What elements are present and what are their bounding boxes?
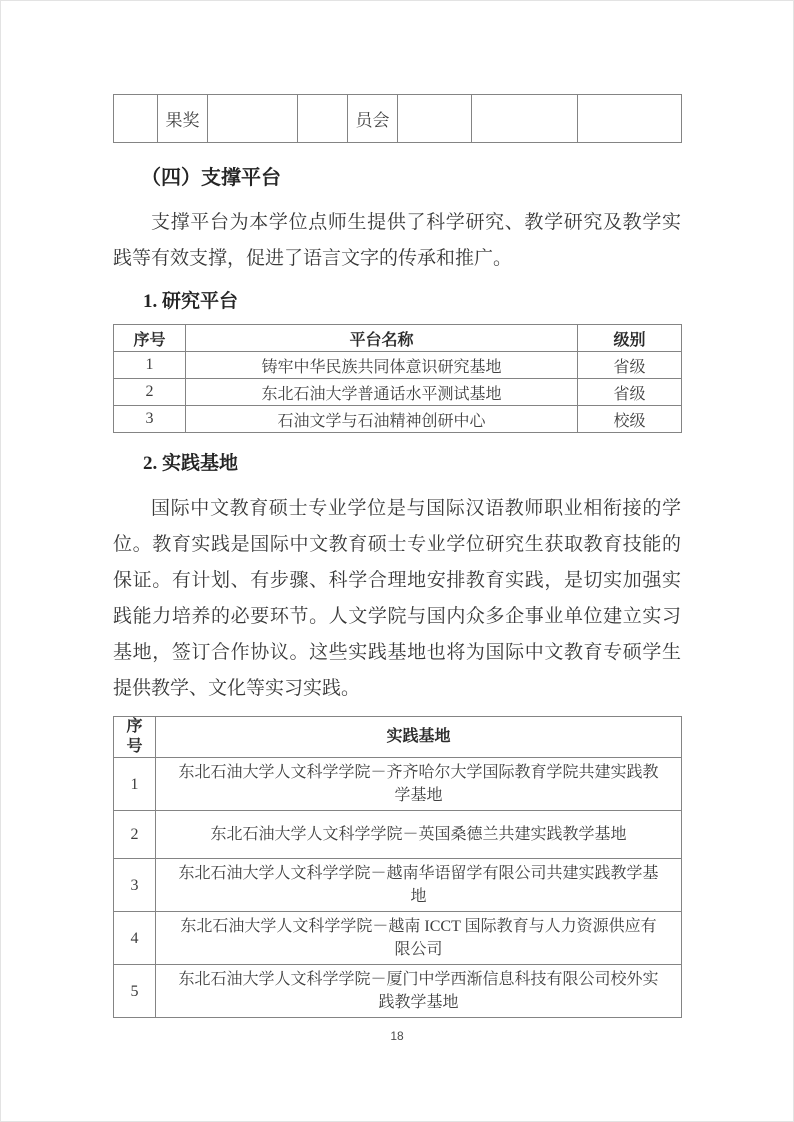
table-cell — [578, 95, 682, 143]
column-header-level: 级别 — [578, 325, 682, 352]
page-content: 果奖 员会 （四）支撑平台 支撑平台为本学位点师生提供了科学研究、教学研究及教学… — [113, 94, 681, 1043]
cell-index: 1 — [114, 352, 186, 379]
cell-practice-base: 东北石油大学人文科学学院－英国桑德兰共建实践教学基地 — [156, 811, 682, 859]
cell-platform-name: 铸牢中华民族共同体意识研究基地 — [186, 352, 578, 379]
page-number: 18 — [113, 1029, 681, 1043]
cell-index: 4 — [114, 912, 156, 965]
table-cell — [114, 95, 158, 143]
table-row: 2 东北石油大学普通话水平测试基地 省级 — [114, 379, 682, 406]
table-cell — [298, 95, 348, 143]
carryover-table-fragment: 果奖 员会 — [113, 94, 682, 143]
table-header-row: 序号 实践基地 — [114, 717, 682, 758]
table-row: 3 东北石油大学人文科学学院－越南华语留学有限公司共建实践教学基地 — [114, 859, 682, 912]
practice-base-table: 序号 实践基地 1 东北石油大学人文科学学院－齐齐哈尔大学国际教育学院共建实践教… — [113, 716, 682, 1018]
cell-index: 3 — [114, 859, 156, 912]
table-row: 1 铸牢中华民族共同体意识研究基地 省级 — [114, 352, 682, 379]
table-row: 2 东北石油大学人文科学学院－英国桑德兰共建实践教学基地 — [114, 811, 682, 859]
table-cell — [208, 95, 298, 143]
cell-practice-base: 东北石油大学人文科学学院－越南 ICCT 国际教育与人力资源供应有限公司 — [156, 912, 682, 965]
table-row: 果奖 员会 — [114, 95, 682, 143]
cell-level: 校级 — [578, 406, 682, 433]
cell-practice-base: 东北石油大学人文科学学院－越南华语留学有限公司共建实践教学基地 — [156, 859, 682, 912]
cell-index: 2 — [114, 811, 156, 859]
cell-index: 5 — [114, 965, 156, 1018]
table-row: 3 石油文学与石油精神创研中心 校级 — [114, 406, 682, 433]
cell-index: 2 — [114, 379, 186, 406]
table-header-row: 序号 平台名称 级别 — [114, 325, 682, 352]
cell-index: 1 — [114, 758, 156, 811]
cell-index: 3 — [114, 406, 186, 433]
practice-base-heading: 2. 实践基地 — [113, 451, 681, 477]
table-row: 1 东北石油大学人文科学学院－齐齐哈尔大学国际教育学院共建实践教学基地 — [114, 758, 682, 811]
table-cell — [398, 95, 472, 143]
cell-practice-base: 东北石油大学人文科学学院－齐齐哈尔大学国际教育学院共建实践教学基地 — [156, 758, 682, 811]
column-header-index: 序号 — [114, 325, 186, 352]
table-row: 4 东北石油大学人文科学学院－越南 ICCT 国际教育与人力资源供应有限公司 — [114, 912, 682, 965]
practice-base-paragraph: 国际中文教育硕士专业学位是与国际汉语教师职业相衔接的学位。教育实践是国际中文教育… — [113, 491, 681, 707]
research-platform-heading: 1. 研究平台 — [113, 289, 681, 315]
table-cell — [472, 95, 578, 143]
column-header-practice-base: 实践基地 — [156, 717, 682, 758]
cell-platform-name: 东北石油大学普通话水平测试基地 — [186, 379, 578, 406]
research-platform-table: 序号 平台名称 级别 1 铸牢中华民族共同体意识研究基地 省级 2 东北石油大学… — [113, 324, 682, 433]
section-heading: （四）支撑平台 — [113, 165, 681, 191]
table-cell: 果奖 — [158, 95, 208, 143]
table-row: 5 东北石油大学人文科学学院－厦门中学西渐信息科技有限公司校外实践教学基地 — [114, 965, 682, 1018]
cell-practice-base: 东北石油大学人文科学学院－厦门中学西渐信息科技有限公司校外实践教学基地 — [156, 965, 682, 1018]
cell-platform-name: 石油文学与石油精神创研中心 — [186, 406, 578, 433]
table-cell: 员会 — [348, 95, 398, 143]
column-header-index: 序号 — [114, 717, 156, 758]
cell-level: 省级 — [578, 352, 682, 379]
document-page: { "top_table": { "cells": ["", "果奖", "",… — [0, 0, 794, 1122]
column-header-platform-name: 平台名称 — [186, 325, 578, 352]
cell-level: 省级 — [578, 379, 682, 406]
intro-paragraph: 支撑平台为本学位点师生提供了科学研究、教学研究及教学实践等有效支撑，促进了语言文… — [113, 205, 681, 277]
